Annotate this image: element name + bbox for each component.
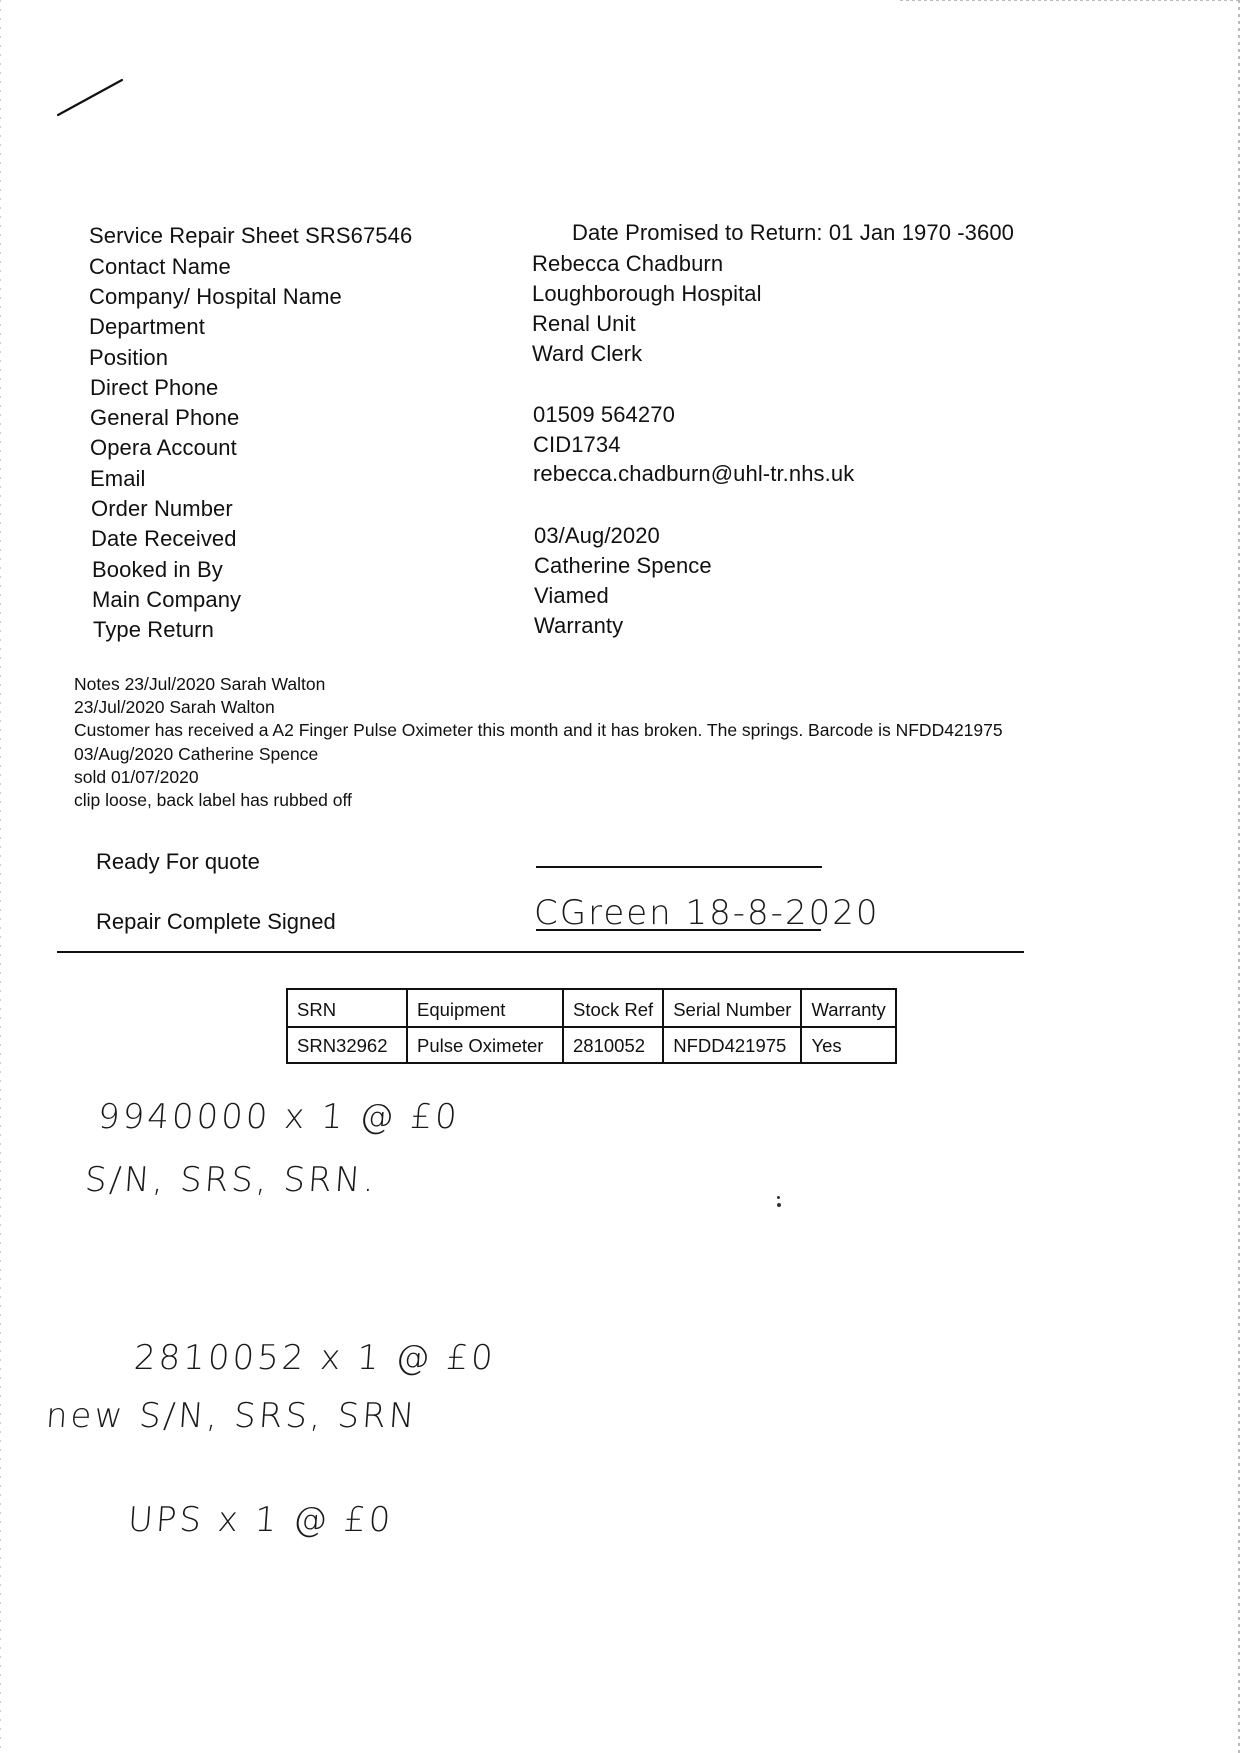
cell-srn: SRN32962 (287, 1027, 407, 1063)
field-label-booked-in-by: Booked in By (92, 557, 223, 583)
document-title: Service Repair Sheet SRS67546 (89, 223, 412, 249)
column-header-stock-ref: Stock Ref (563, 989, 663, 1027)
column-header-equipment: Equipment (407, 989, 563, 1027)
notes-block: Notes 23/Jul/2020 Sarah Walton 23/Jul/20… (74, 673, 1003, 812)
cell-equipment: Pulse Oximeter (407, 1027, 563, 1063)
field-label-contact-name: Contact Name (89, 254, 231, 280)
repair-complete-signature: CGreen 18-8-2020 (534, 893, 879, 933)
field-value-main-company: Viamed (534, 583, 609, 609)
column-header-warranty: Warranty (801, 989, 895, 1027)
scan-speck (777, 1203, 781, 1207)
field-value-booked-in-by: Catherine Spence (534, 553, 712, 579)
field-label-order-number: Order Number (91, 496, 233, 522)
field-label-direct-phone: Direct Phone (90, 375, 218, 401)
ready-for-quote-signature-line (536, 866, 822, 868)
note-line: sold 01/07/2020 (74, 766, 1003, 789)
field-label-company: Company/ Hospital Name (89, 284, 342, 310)
column-header-srn: SRN (287, 989, 407, 1027)
date-promised: Date Promised to Return: 01 Jan 1970 -36… (572, 220, 1014, 246)
note-line: 03/Aug/2020 Catherine Spence (74, 743, 1003, 766)
section-divider (57, 951, 1024, 953)
handwritten-part-line-3: 2810052 x 1 @ £0 (133, 1338, 497, 1378)
field-value-opera-account: CID1734 (533, 432, 621, 458)
field-label-department: Department (89, 314, 205, 340)
pen-stroke-mark (55, 75, 130, 120)
scan-edge-top (900, 0, 1240, 1)
scan-speck (777, 1196, 780, 1199)
field-value-department: Renal Unit (532, 311, 636, 337)
field-value-contact-name: Rebecca Chadburn (532, 251, 723, 277)
field-label-email: Email (90, 466, 146, 492)
table-header-row: SRN Equipment Stock Ref Serial Number Wa… (287, 989, 896, 1027)
handwritten-part-line-1: 9940000 x 1 @ £0 (97, 1097, 461, 1137)
field-value-date-received: 03/Aug/2020 (534, 523, 660, 549)
field-value-position: Ward Clerk (532, 341, 642, 367)
equipment-table: SRN Equipment Stock Ref Serial Number Wa… (286, 988, 897, 1064)
field-value-type-return: Warranty (534, 613, 623, 639)
cell-warranty: Yes (801, 1027, 895, 1063)
field-label-opera-account: Opera Account (90, 435, 237, 461)
field-label-type-return: Type Return (93, 617, 214, 643)
repair-complete-label: Repair Complete Signed (96, 909, 336, 935)
repair-complete-signature-line (536, 929, 821, 931)
field-label-general-phone: General Phone (90, 405, 239, 431)
note-line: clip loose, back label has rubbed off (74, 789, 1003, 812)
handwritten-part-line-5: UPS x 1 @ £0 (127, 1500, 395, 1540)
table-row: SRN32962 Pulse Oximeter 2810052 NFDD4219… (287, 1027, 896, 1063)
field-value-email: rebecca.chadburn@uhl-tr.nhs.uk (533, 461, 854, 487)
field-value-general-phone: 01509 564270 (533, 402, 675, 428)
field-value-company: Loughborough Hospital (532, 281, 762, 307)
field-label-position: Position (89, 345, 168, 371)
column-header-serial-number: Serial Number (663, 989, 801, 1027)
scan-edge-left (0, 0, 1, 1753)
handwritten-part-line-2: S/N, SRS, SRN. (84, 1160, 379, 1200)
field-label-date-received: Date Received (91, 526, 237, 552)
note-line: Notes 23/Jul/2020 Sarah Walton (74, 673, 1003, 696)
note-line: 23/Jul/2020 Sarah Walton (74, 696, 1003, 719)
cell-stock-ref: 2810052 (563, 1027, 663, 1063)
handwritten-part-line-4: new S/N, SRS, SRN (45, 1396, 419, 1436)
cell-serial-number: NFDD421975 (663, 1027, 801, 1063)
note-line: Customer has received a A2 Finger Pulse … (74, 719, 1003, 742)
field-label-main-company: Main Company (92, 587, 241, 613)
ready-for-quote-label: Ready For quote (96, 849, 260, 875)
